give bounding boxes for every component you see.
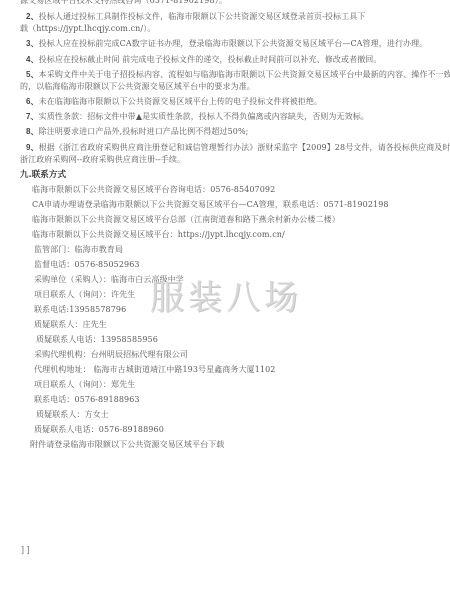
item-text: 投标应在投标截止时间 前完成电子投标文件的递交，投标截止时间前可以补充、修改或者…	[39, 55, 382, 64]
contact-line: 临海市限额以下公共资源交易区域平台咨询电话：0576-85407092	[32, 185, 275, 195]
item-2-line-2: 载（https://jypt.lhcqjy.com.cn/）。	[20, 24, 155, 34]
item-text: 投标人通过投标工具制作投标文件，临海市限额以下公共资源交易区域登录首页-投标工具…	[39, 12, 366, 21]
contact-line: 采购代理机构：台州明辰招标代理有限公司	[34, 350, 188, 360]
item-number: 6、	[26, 97, 39, 106]
item-number: 3、	[26, 39, 39, 48]
item-6: 6、未在临海临海市限额以下公共资源交易区域平台上传的电子投标文件将被拒绝。	[26, 97, 322, 107]
item-number: 2、	[26, 12, 39, 21]
contact-line: 联系电话:13958578796	[34, 305, 126, 315]
item-8: 8、除注明要求进口产品外,投标时进口产品比例不得超过50%;	[26, 127, 248, 137]
contact-line: 临海市限额以下公共资源交易区域平台：https://jypt.lhcqjy.co…	[32, 230, 285, 240]
item-3: 3、投标人应在投标前完成CA数字证书办理，登录临海市限额以下公共资源交易区域平台…	[26, 39, 427, 49]
item-text: 投标人应在投标前完成CA数字证书办理，登录临海市限额以下公共资源交易区域平台—C…	[39, 39, 428, 48]
item-number: 9、	[26, 143, 39, 152]
item-number: 4、	[26, 55, 39, 64]
item-text: 除注明要求进口产品外,投标时进口产品比例不得超过50%;	[39, 127, 249, 136]
item-text: 实质性条款：招标文件中带▲是实质性条款，投标人不得负偏离或内容缺失，否则为无效标…	[39, 112, 369, 121]
contact-line: 项目联系人（询问）：郑先生	[34, 380, 135, 390]
contact-line: 临海市限额以下公共资源交易区域平台总部（江南街道春和路下燕余村新办公楼二楼）	[32, 215, 340, 225]
contact-line: 联系电话：0576-89188963	[34, 395, 140, 405]
attachment-note: 附件请登录临海市限额以下公共资源交易区域平台下载	[30, 440, 224, 450]
item-text: 本采购文件中关于电子招投标内容、流程如与临海临海市限额以下公共资源交易区域平台中…	[39, 70, 450, 79]
watermark: 服装八场	[150, 278, 302, 318]
item-9-line-1: 9、根据《浙江省政府采购供应商注册登记和诚信管理暂行办法》浙财采监字【2009】…	[26, 143, 450, 153]
contact-line: 质疑联系人电话：13958585956	[36, 335, 158, 345]
document-page: 源交易区域平台技术支持热线咨询（0571-81902198）。 2、投标人通过投…	[0, 0, 450, 600]
item-5-line-1: 5、本采购文件中关于电子招投标内容、流程如与临海临海市限额以下公共资源交易区域平…	[26, 70, 450, 80]
text-cursor-mark: ]]	[20, 546, 31, 556]
contact-line: 质疑联系人电话：0576-89188960	[34, 425, 164, 435]
contact-line: 监管部门：临海市教育局	[34, 245, 123, 255]
section-heading-contacts: 九.联系方式	[20, 170, 66, 180]
item-2-line-1: 2、投标人通过投标工具制作投标文件，临海市限额以下公共资源交易区域登录首页-投标…	[26, 12, 365, 22]
contact-line: 代理机构地址： 临海市古城街道靖江中路193号星鑫商务大厦1102	[34, 365, 275, 375]
item-9-line-2: 浙江政府采购网--政府采购供应商注册--手续。	[20, 155, 185, 165]
item-text: 根据《浙江省政府采购供应商注册登记和诚信管理暂行办法》浙财采监字【2009】28…	[39, 143, 450, 152]
item-5-line-2: 的，以临海临海市限额以下公共资源交易区域平台中的要求为准。	[20, 82, 255, 92]
item-7: 7、实质性条款：招标文件中带▲是实质性条款，投标人不得负偏离或内容缺失，否则为无…	[26, 112, 369, 122]
item-number: 8、	[26, 127, 39, 136]
contact-line: 质疑联系人：庄先生	[34, 320, 107, 330]
item-text: 未在临海临海市限额以下公共资源交易区域平台上传的电子投标文件将被拒绝。	[39, 97, 323, 106]
item-4: 4、投标应在投标截止时间 前完成电子投标文件的递交，投标截止时间前可以补充、修改…	[26, 55, 382, 65]
partial-top-line: 源交易区域平台技术支持热线咨询（0571-81902198）。	[20, 0, 227, 6]
item-number: 7、	[26, 112, 39, 121]
contact-line: CA申请办理请登录临海市限额以下公共资源交易区域平台—CA管理，联系电话：057…	[32, 200, 389, 210]
item-number: 5、	[26, 70, 39, 79]
contact-line: 项目联系人（询问）：许先生	[34, 290, 135, 300]
contact-line: 质疑联系人：方女士	[36, 410, 109, 420]
contact-line: 监督电话：0576-85052963	[34, 260, 140, 270]
